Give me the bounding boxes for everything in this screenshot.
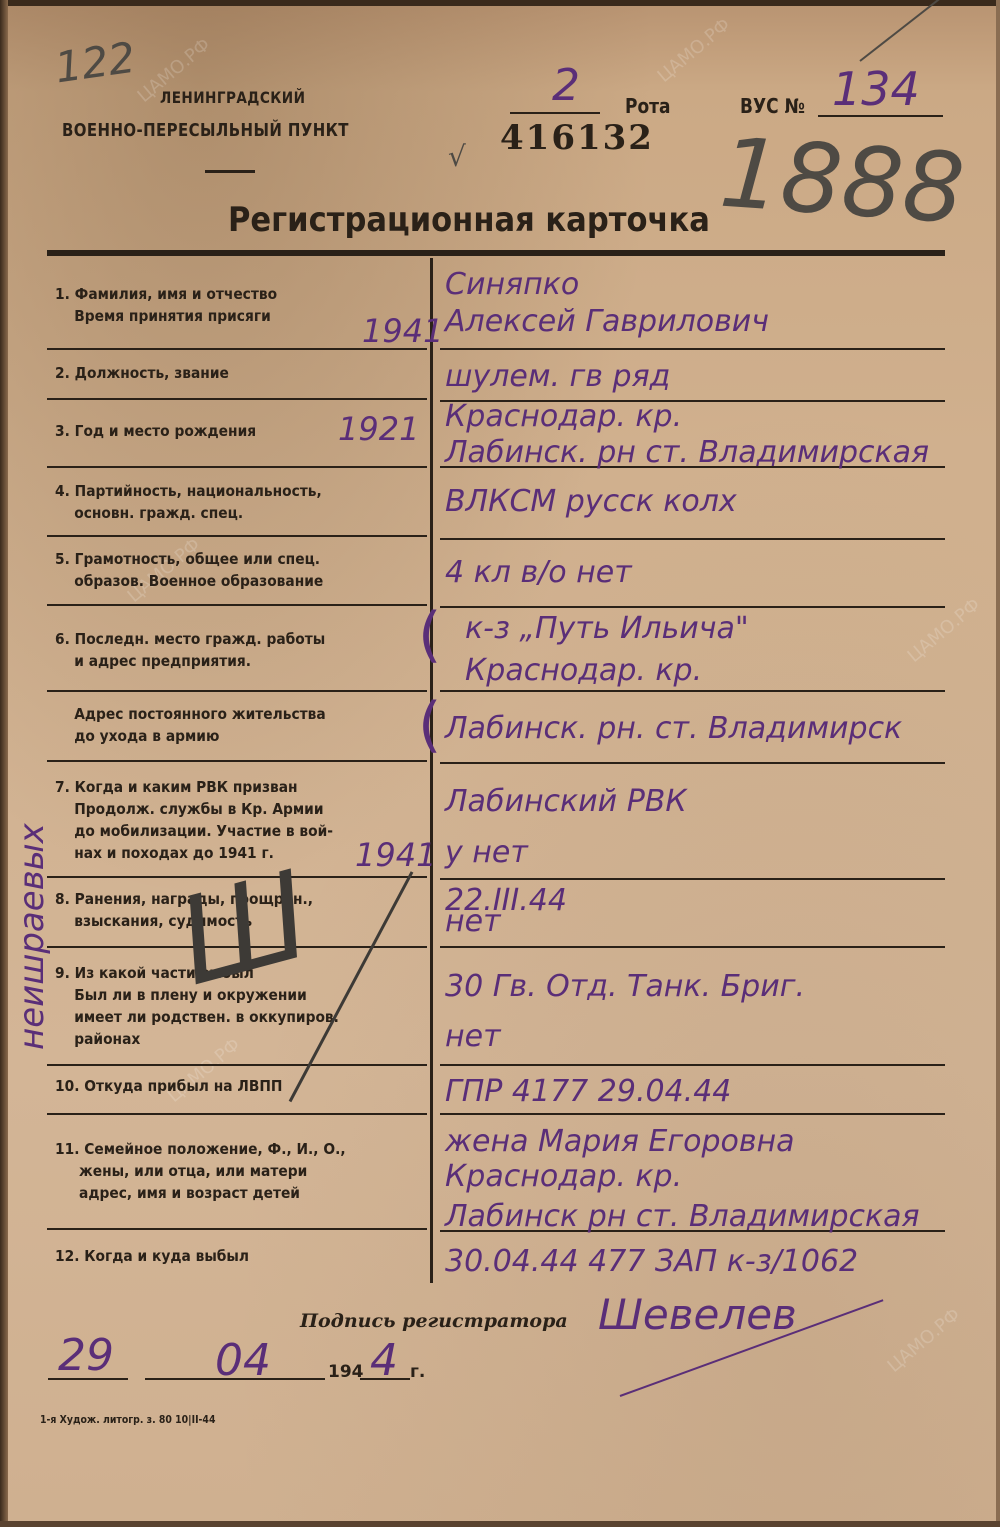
field-answer-1: Синяпко (445, 268, 579, 302)
company-underline (510, 112, 600, 114)
answer-line (440, 946, 945, 948)
row-divider (47, 760, 427, 762)
scan-edge-left (0, 0, 8, 1527)
field-answer-10: нет (445, 1020, 501, 1054)
org-name-line2: ВОЕННО-ПЕРЕСЫЛЬНЫЙ ПУНКТ (62, 120, 349, 141)
printer-imprint: 1-я Худож. литогр. з. 80 10|II-44 (40, 1413, 215, 1426)
bracket-mark: ( (418, 690, 441, 760)
field-side-value-3: 1921 (338, 410, 419, 448)
field-answer-9: нет (445, 905, 501, 939)
date-year-suffix: 4 (370, 1335, 398, 1386)
field-answer-8: у нет (445, 836, 528, 870)
answer-line (440, 538, 945, 540)
field-label-7: Адрес постоянного жительства до ухода в … (55, 703, 326, 747)
field-answer-12: Лабинск рн ст. Владимирская (445, 1200, 920, 1234)
registrar-signature: Шевелев (598, 1290, 797, 1339)
scan-edge-right (996, 0, 1000, 1527)
card-title: Регистрационная карточка (228, 200, 710, 240)
row-divider (47, 1113, 427, 1115)
bracket-mark: ( (418, 600, 441, 670)
header-divider (205, 170, 255, 173)
row-divider (47, 466, 427, 468)
field-answer-2: шулем. гв ряд (445, 360, 670, 394)
scan-edge-top (0, 0, 1000, 6)
field-label-3: 3. Год и место рождения (55, 420, 256, 442)
row-divider (47, 535, 427, 537)
check-mark-icon: √ (448, 140, 466, 173)
row-divider (47, 690, 427, 692)
field-label-6: 6. Последн. место гражд. работы и адрес … (55, 628, 325, 672)
field-label-8: 7. Когда и каким РВК призван Продолж. сл… (55, 776, 333, 864)
field-answer-13: 30.04.44 477 ЗАП к-з/1062 (445, 1245, 858, 1279)
answer-line (440, 878, 945, 880)
field-answer-3: Краснодар. кр. (445, 400, 682, 434)
title-rule (47, 250, 945, 256)
date-day: 29 (58, 1330, 114, 1381)
row-divider (47, 1064, 427, 1066)
company-number: 2 (552, 60, 580, 111)
field-label-12: 11. Семейное положение, Ф., И., О., жены… (55, 1138, 346, 1204)
field-answer-8: Лабинский РВК (445, 785, 687, 819)
answer-line (440, 1113, 945, 1115)
field-label-13: 12. Когда и куда выбыл (55, 1245, 249, 1267)
column-divider (430, 258, 433, 1283)
date-year-unit: г. (410, 1362, 425, 1382)
field-answer-5: 4 кл в/о нет (445, 556, 632, 590)
answer-line (440, 762, 945, 764)
signature-label: Подпись регистратора (300, 1310, 568, 1332)
field-label-5: 5. Грамотность, общее или спец. образов.… (55, 548, 323, 592)
answer-line (440, 690, 945, 692)
answer-line (440, 348, 945, 350)
field-answer-6: Краснодар. кр. (465, 654, 702, 688)
field-label-2: 2. Должность, звание (55, 362, 229, 384)
date-year-prefix: 194 (328, 1362, 364, 1382)
date-month: 04 (215, 1335, 271, 1386)
field-answer-4: ВЛКСМ русск колх (445, 485, 737, 519)
field-answer-3: Лабинск. рн ст. Владимирская (445, 436, 929, 470)
field-answer-7: Лабинск. рн. ст. Владимирск (445, 712, 902, 746)
field-answer-6: к-з „Путь Ильича" (465, 612, 749, 646)
field-label-11: 10. Откуда прибыл на ЛВПП (55, 1075, 282, 1097)
field-answer-12: жена Мария Егоровна (445, 1125, 795, 1159)
row-divider (47, 398, 427, 400)
answer-line (440, 606, 945, 608)
company-label: Рота (625, 94, 670, 118)
field-answer-12: Краснодар. кр. (445, 1160, 682, 1194)
field-side-value-1: 1941 (362, 312, 443, 350)
field-answer-10: 30 Гв. Отд. Танк. Бриг. (445, 970, 805, 1004)
row-divider (47, 1228, 427, 1230)
field-label-4: 4. Партийность, национальность, основн. … (55, 480, 322, 524)
margin-note: неишраевых (12, 823, 52, 1050)
field-answer-11: ГПР 4177 29.04.44 (445, 1075, 731, 1109)
serial-number: 416132 (500, 118, 654, 158)
scan-edge-bottom (0, 1521, 1000, 1527)
row-divider (47, 604, 427, 606)
vus-number: 134 (832, 62, 920, 116)
pencil-annotation: 1888 (716, 117, 968, 246)
field-side-value-8: 1941 (355, 836, 436, 874)
field-answer-1: Алексей Гаврилович (445, 305, 769, 339)
field-label-1: 1. Фамилия, имя и отчество Время приняти… (55, 283, 277, 327)
org-name-line1: ЛЕНИНГРАДСКИЙ (160, 88, 305, 107)
vus-label: ВУС № (740, 94, 805, 118)
answer-line (440, 1064, 945, 1066)
